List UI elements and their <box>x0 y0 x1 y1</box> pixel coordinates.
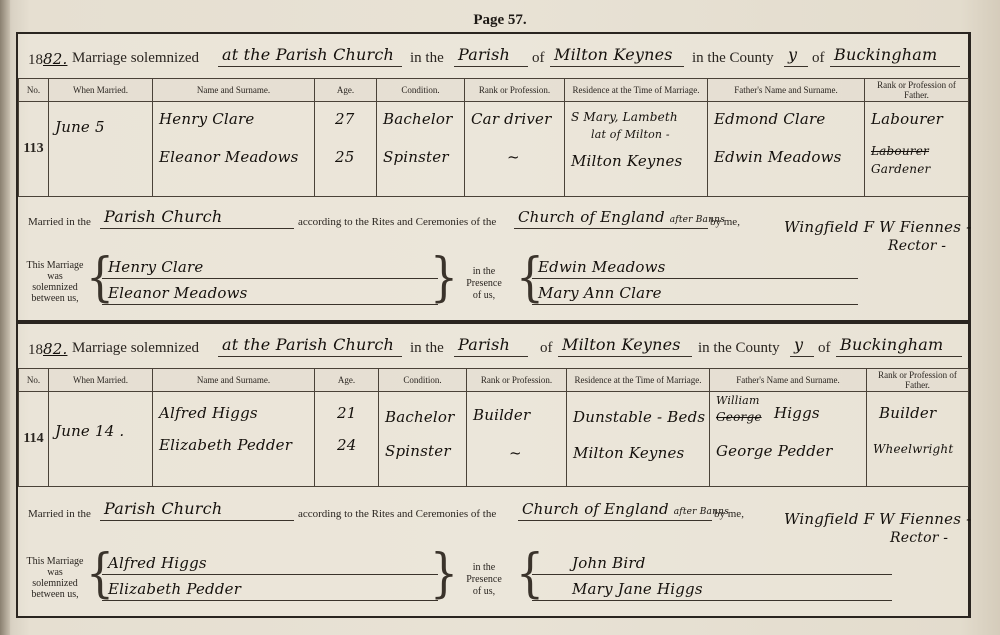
condition-cell: Bachelor Spinster <box>379 392 467 487</box>
of-label: of <box>532 50 545 67</box>
according-label: according to the Rites and Ceremonies of… <box>298 216 496 228</box>
table-row: 114 June 14 . Alfred Higgs Elizabeth Ped… <box>19 392 969 487</box>
presence-line-3: of us, <box>454 586 514 598</box>
table-row: 113 June 5 Henry Clare Eleanor Meadows 2… <box>19 102 969 197</box>
col-no: No. <box>19 79 49 102</box>
presence-line-3: of us, <box>454 290 514 302</box>
when-married: June 5 <box>55 118 105 136</box>
when-married-cell: June 5 <box>49 102 153 197</box>
when-married-cell: June 14 . <box>49 392 153 487</box>
bride-residence: Milton Keynes <box>573 444 684 462</box>
condition-cell: Bachelor Spinster <box>377 102 465 197</box>
table-header-row: No. When Married. Name and Surname. Age.… <box>19 369 969 392</box>
place-field: Milton Keynes <box>550 44 684 67</box>
rites-value: Church of England <box>518 208 665 226</box>
this-marriage-line-1: This Marriage <box>24 260 86 271</box>
col-condition: Condition. <box>377 79 465 102</box>
when-married: June 14 . <box>55 422 124 440</box>
groom-father-name: Edmond Clare <box>714 110 826 128</box>
groom-signature: Alfred Higgs <box>102 552 438 575</box>
col-father-profession: Rank or Profession of Father. <box>865 79 969 102</box>
groom-father-name: Higgs <box>774 404 820 422</box>
officiant-title: Rector - <box>890 530 948 546</box>
in-the-county-label: in the County <box>692 50 774 67</box>
col-residence: Residence at the Time of Marriage. <box>565 79 708 102</box>
marriage-entry-113: 1882. Marriage solemnized at the Parish … <box>16 32 971 322</box>
year-label: 1882. <box>28 50 67 69</box>
register-table: No. When Married. Name and Surname. Age.… <box>18 368 969 487</box>
by-me-label: by me, <box>710 216 740 228</box>
groom-father-name-struck: George <box>716 410 762 424</box>
year-suffix: 82. <box>43 340 67 358</box>
col-name: Name and Surname. <box>153 369 315 392</box>
groom-age: 27 <box>335 110 355 128</box>
in-presence-label: in the Presence of us, <box>454 562 514 598</box>
signature-block: This Marriage was solemnized between us,… <box>24 552 964 612</box>
residence-cell: S Mary, Lambeth lat of Milton - Milton K… <box>565 102 708 197</box>
groom-residence-note: lat of Milton - <box>591 128 670 141</box>
groom-signature: Henry Clare <box>102 256 438 279</box>
col-when-married: When Married. <box>49 369 153 392</box>
father-name-cell: Edmond Clare Edwin Meadows <box>708 102 865 197</box>
bride-signature: Eleanor Meadows <box>102 282 438 305</box>
officiant-title: Rector - <box>888 238 946 254</box>
col-condition: Condition. <box>379 369 467 392</box>
witness-2-signature: Mary Jane Higgs <box>532 578 892 601</box>
bride-age: 24 <box>337 436 357 454</box>
table-header-row: No. When Married. Name and Surname. Age.… <box>19 79 969 102</box>
bride-father-profession-struck: Labourer <box>871 144 929 158</box>
rites-field: Church of England after Banns <box>514 206 708 229</box>
register-table: No. When Married. Name and Surname. Age.… <box>18 78 969 197</box>
col-when-married: When Married. <box>49 79 153 102</box>
groom-profession: Builder <box>473 406 530 424</box>
by-me-label: by me, <box>714 508 744 520</box>
bride-father-profession: Gardener <box>871 162 930 176</box>
bride-age: 25 <box>335 148 355 166</box>
name-cell: Alfred Higgs Elizabeth Pedder <box>153 392 315 487</box>
presence-line-1: in the <box>454 266 514 278</box>
presence-line-1: in the <box>454 562 514 574</box>
this-marriage-line-1: This Marriage <box>24 556 86 567</box>
bride-father-profession: Wheelwright <box>873 442 953 456</box>
bride-profession: ~ <box>509 444 522 462</box>
bride-father-name: Edwin Meadows <box>714 148 842 166</box>
groom-condition: Bachelor <box>385 408 455 426</box>
county-suffix-field: y <box>784 44 808 67</box>
father-profession-cell: Labourer Labourer Gardener <box>865 102 969 197</box>
married-in-field: Parish Church <box>100 498 294 521</box>
col-residence: Residence at the Time of Marriage. <box>567 369 710 392</box>
place-field: Milton Keynes <box>558 334 692 357</box>
rites-field: Church of England after Banns <box>518 498 712 521</box>
solemnized-at-field: at the Parish Church <box>218 44 402 67</box>
this-marriage-label: This Marriage was solemnized between us, <box>24 260 86 304</box>
groom-age: 21 <box>337 404 357 422</box>
according-label: according to the Rites and Ceremonies of… <box>298 508 496 520</box>
this-marriage-line-4: between us, <box>24 293 86 304</box>
in-presence-label: in the Presence of us, <box>454 266 514 302</box>
groom-father-profession: Labourer <box>871 110 943 128</box>
residence-cell: Dunstable - Beds Milton Keynes <box>567 392 710 487</box>
col-name: Name and Surname. <box>153 79 315 102</box>
district-type-field: Parish <box>454 44 528 67</box>
this-marriage-line-2: was <box>24 567 86 578</box>
in-the-label: in the <box>410 50 444 67</box>
bride-signature: Elizabeth Pedder <box>102 578 438 601</box>
bride-residence: Milton Keynes <box>571 152 682 170</box>
this-marriage-line-2: was <box>24 271 86 282</box>
rites-value: Church of England <box>522 500 669 518</box>
bride-condition: Spinster <box>385 442 451 460</box>
entry-number: 114 <box>19 392 49 487</box>
col-no: No. <box>19 369 49 392</box>
groom-condition: Bachelor <box>383 110 453 128</box>
page-number: Page 57. <box>450 12 550 29</box>
presence-line-2: Presence <box>454 278 514 290</box>
officiant-signature: Wingfield F W Fiennes - <box>784 218 971 236</box>
entry-title-line: 1882. Marriage solemnized at the Parish … <box>28 44 958 74</box>
groom-residence: Dunstable - Beds <box>573 408 705 426</box>
bride-father-name: George Pedder <box>716 442 832 460</box>
groom-residence: S Mary, Lambeth <box>571 110 678 124</box>
year-prefix: 18 <box>28 342 43 358</box>
officiant-signature: Wingfield F W Fiennes - <box>784 510 971 528</box>
presence-line-2: Presence <box>454 574 514 586</box>
register-page: Page 57. 1882. Marriage solemnized at th… <box>0 0 1000 635</box>
age-cell: 21 24 <box>315 392 379 487</box>
married-in-label: Married in the <box>28 508 91 520</box>
col-father-profession: Rank or Profession of Father. <box>867 369 969 392</box>
of-county-label: of <box>812 50 825 67</box>
witness-2-signature: Mary Ann Clare <box>532 282 858 305</box>
solemnized-at-field: at the Parish Church <box>218 334 402 357</box>
marriage-entry-114: 1882. Marriage solemnized at the Parish … <box>16 322 971 618</box>
of-county-label: of <box>818 340 831 357</box>
profession-cell: Builder ~ <box>467 392 567 487</box>
groom-profession: Car driver <box>471 110 551 128</box>
in-the-county-label: in the County <box>698 340 780 357</box>
father-profession-cell: Builder Wheelwright <box>867 392 969 487</box>
col-father-name: Father's Name and Surname. <box>710 369 867 392</box>
witness-1-signature: Edwin Meadows <box>532 256 858 279</box>
county-field: Buckingham <box>836 334 962 357</box>
col-profession: Rank or Profession. <box>467 369 567 392</box>
district-type-field: Parish <box>454 334 528 357</box>
this-marriage-label: This Marriage was solemnized between us, <box>24 556 86 600</box>
bride-profession: ~ <box>507 148 520 166</box>
age-cell: 27 25 <box>315 102 377 197</box>
year-label: 1882. <box>28 340 67 359</box>
profession-cell: Car driver ~ <box>465 102 565 197</box>
bride-name: Eleanor Meadows <box>159 148 299 166</box>
signature-block: This Marriage was solemnized between us,… <box>24 256 964 316</box>
married-in-label: Married in the <box>28 216 91 228</box>
county-suffix-field: y <box>790 334 814 357</box>
this-marriage-line-3: solemnized <box>24 578 86 589</box>
name-cell: Henry Clare Eleanor Meadows <box>153 102 315 197</box>
entry-number: 113 <box>19 102 49 197</box>
marriage-solemnized-label: Marriage solemnized <box>72 340 199 357</box>
col-age: Age. <box>315 369 379 392</box>
groom-father-name-note: William <box>716 394 760 407</box>
bride-condition: Spinster <box>383 148 449 166</box>
this-marriage-line-4: between us, <box>24 589 86 600</box>
col-age: Age. <box>315 79 377 102</box>
county-field: Buckingham <box>830 44 960 67</box>
father-name-cell: William George Higgs George Pedder <box>710 392 867 487</box>
groom-name: Alfred Higgs <box>159 404 258 422</box>
year-prefix: 18 <box>28 52 43 68</box>
this-marriage-line-3: solemnized <box>24 282 86 293</box>
groom-father-profession: Builder <box>879 404 936 422</box>
col-father-name: Father's Name and Surname. <box>708 79 865 102</box>
year-suffix: 82. <box>43 50 67 68</box>
book-spine <box>0 0 10 635</box>
bride-name: Elizabeth Pedder <box>159 436 292 454</box>
marriage-solemnized-label: Marriage solemnized <box>72 50 199 67</box>
groom-name: Henry Clare <box>159 110 255 128</box>
married-in-field: Parish Church <box>100 206 294 229</box>
witness-1-signature: John Bird <box>532 552 892 575</box>
col-profession: Rank or Profession. <box>465 79 565 102</box>
entry-title-line: 1882. Marriage solemnized at the Parish … <box>28 334 958 364</box>
in-the-label: in the <box>410 340 444 357</box>
of-label: of <box>540 340 553 357</box>
